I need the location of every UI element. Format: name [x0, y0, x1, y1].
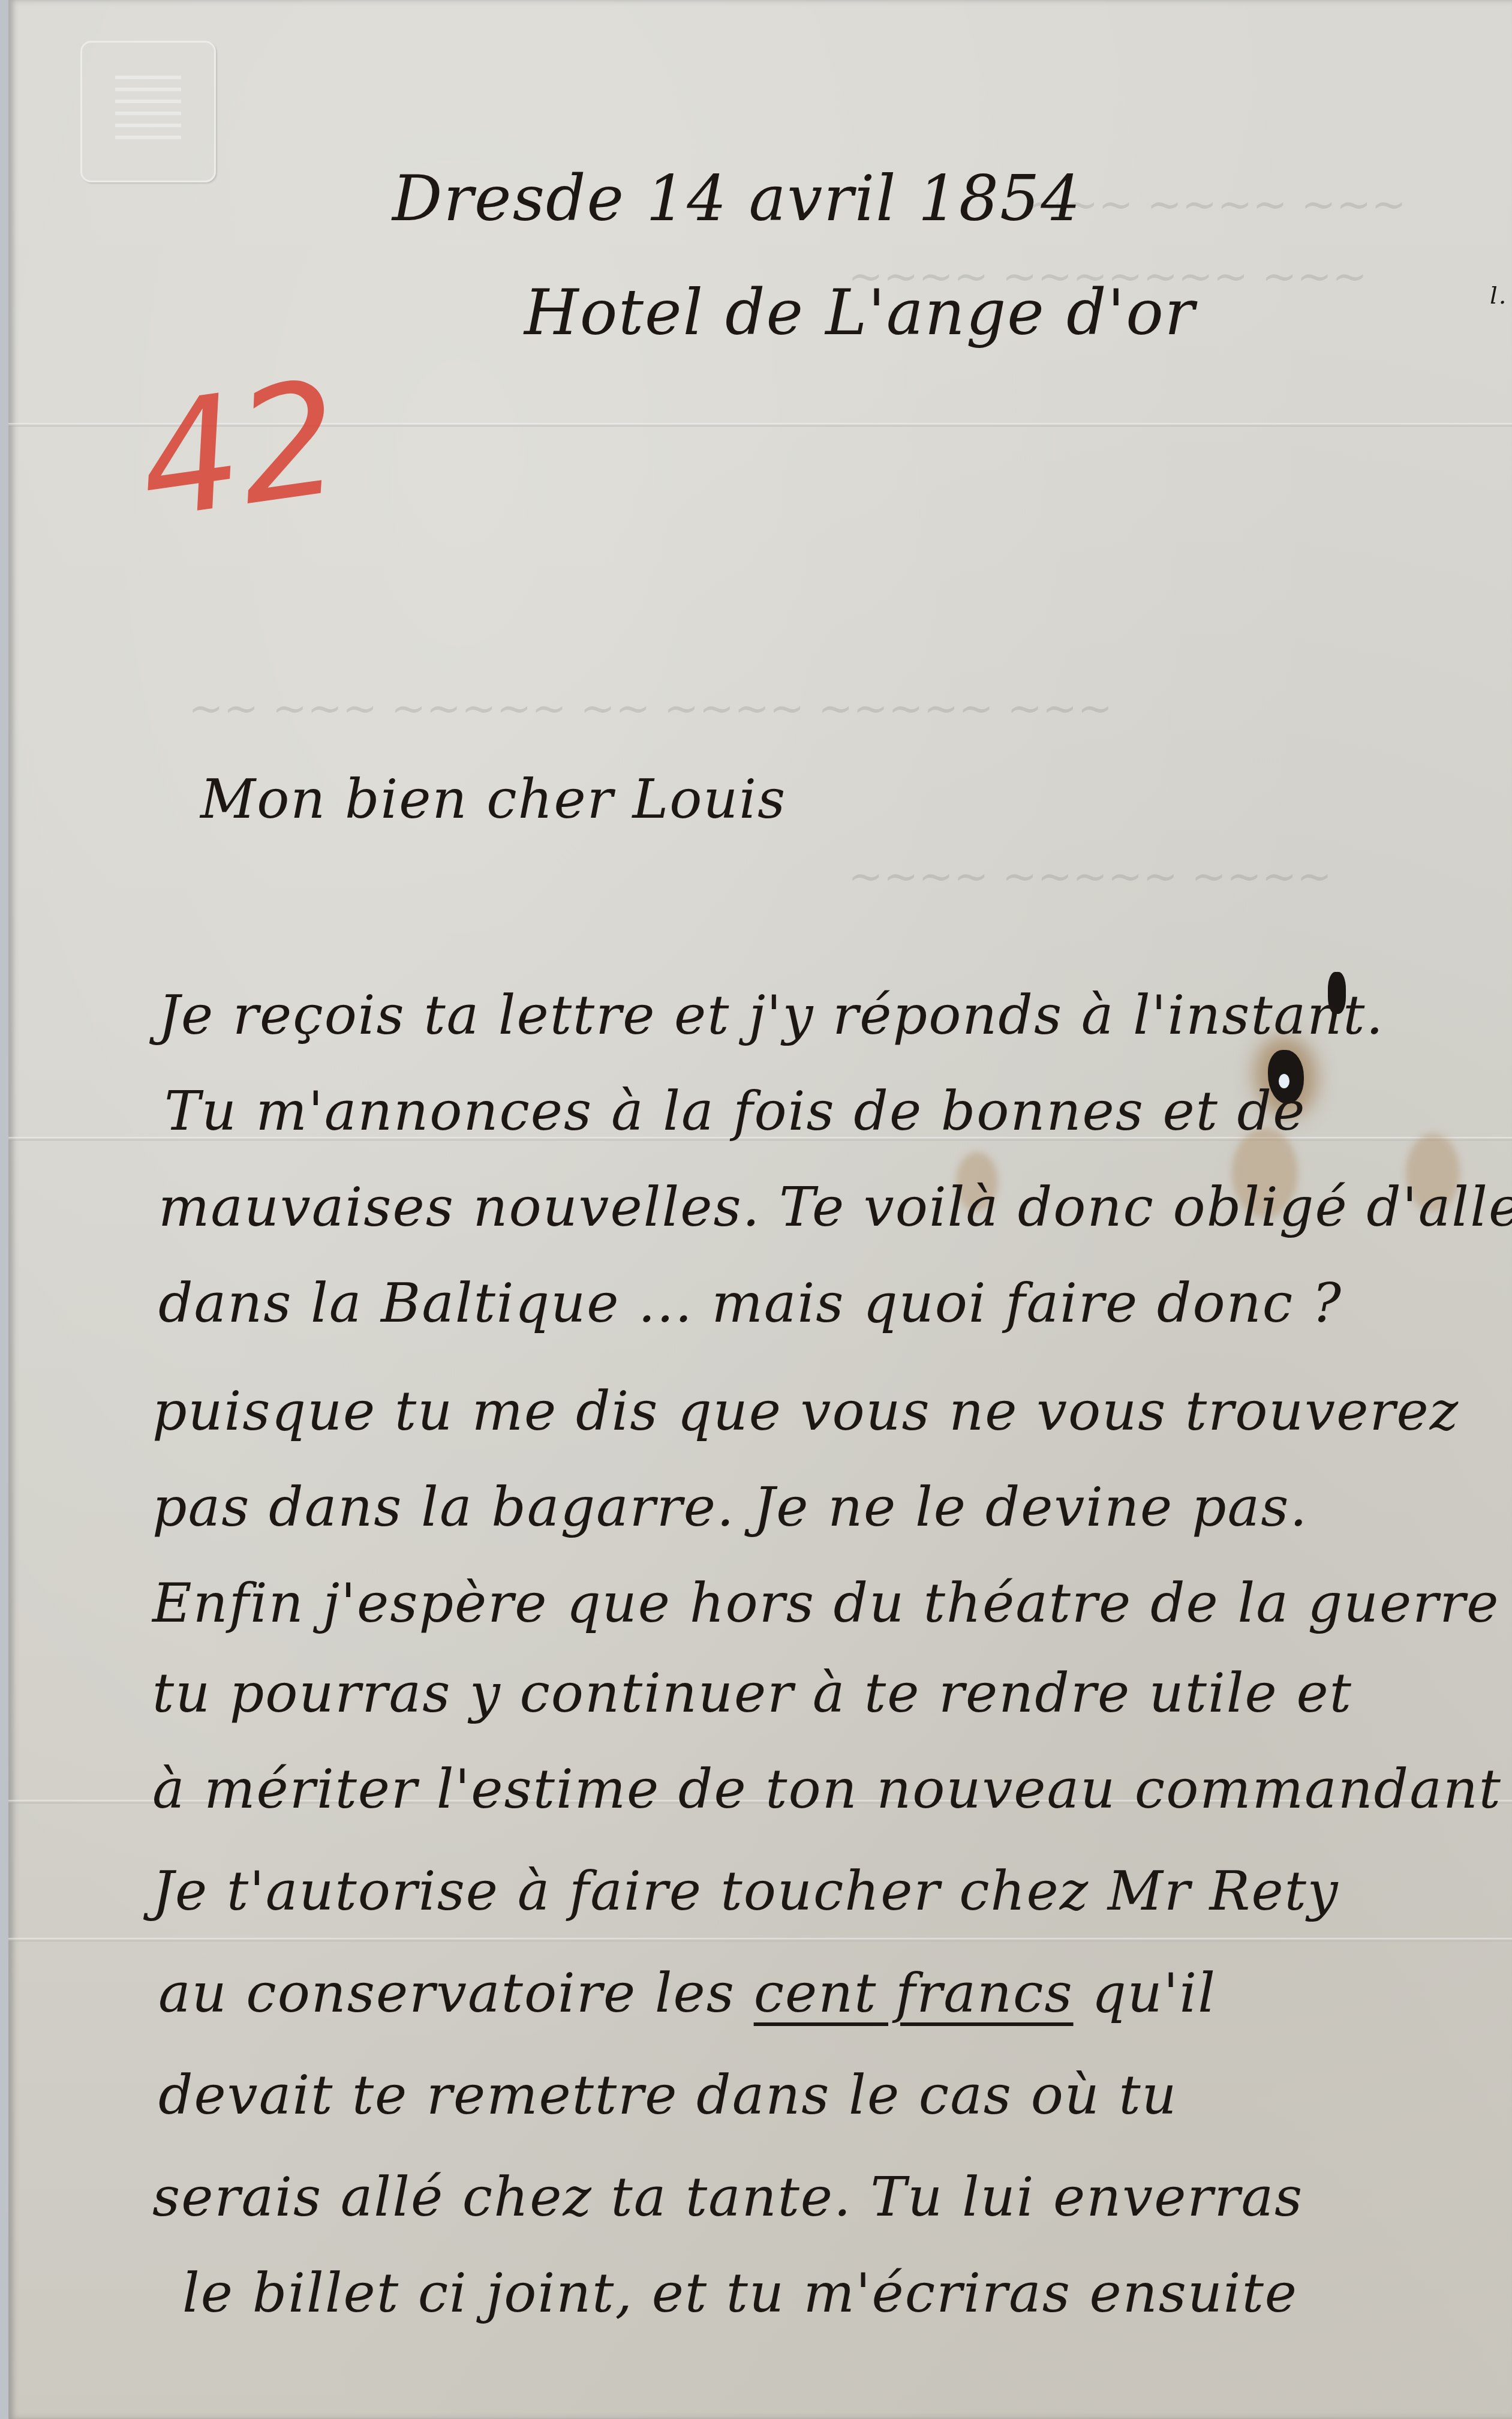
letter-place-date: Dresde 14 avril 1854	[392, 162, 1081, 235]
letter-line: pas dans la bagarre. Je ne le devine pas…	[152, 1476, 1308, 1539]
letter-line: le billet ci joint, et tu m'écriras ensu…	[182, 2262, 1298, 2325]
letter-line: Je t'autorise à faire toucher chez Mr Re…	[152, 1860, 1339, 1923]
letter-line: Tu m'annonces à la fois de bonnes et de	[164, 1080, 1306, 1143]
letter-salutation: Mon bien cher Louis	[200, 768, 786, 831]
letter-line: à mériter l'estime de ton nouveau comman…	[152, 1758, 1502, 1821]
letter-line: serais allé chez ta tante. Tu lui enverr…	[152, 2166, 1303, 2229]
embossed-stamp-icon	[80, 41, 216, 182]
letter-line: au conservatoire les cent francs qu'il	[158, 1962, 1216, 2025]
letter-line-text: au conservatoire les	[158, 1962, 754, 2025]
archive-number-annotation: 42	[129, 347, 351, 554]
paper-fold	[8, 1938, 1512, 1941]
letter-hotel-address: Hotel de L'ange d'or	[524, 276, 1195, 349]
letter-line: Je reçois ta lettre et j'y réponds à l'i…	[158, 984, 1384, 1047]
bleed-through-text: ~~ ~~~ ~~~~~ ~~ ~~~~ ~~~~~ ~~~	[188, 684, 1113, 733]
letter-line: devait te remettre dans le cas où tu	[158, 2064, 1178, 2127]
letter-line: Enfin j'espère que hors du théatre de la…	[152, 1572, 1500, 1635]
letter-line: tu pourras y continuer à te rendre utile…	[152, 1662, 1352, 1725]
letter-line-text: qu'il	[1074, 1962, 1217, 2025]
bleed-through-text: ~~~ ~~~~ ~~~	[1028, 180, 1406, 229]
letter-sheet: ~~~ ~~~~ ~~~ ~~~~ ~~~~~~~ ~~~ ~~ ~~~ ~~~…	[8, 0, 1512, 2419]
underlined-amount: cent francs	[754, 1962, 1074, 2025]
margin-mark: l.	[1490, 282, 1508, 310]
letter-line: puisque tu me dis que vous ne vous trouv…	[152, 1380, 1459, 1443]
bleed-through-text: ~~~~ ~~~~~ ~~~~	[848, 852, 1332, 901]
letter-line: mauvaises nouvelles. Te voilà donc oblig…	[158, 1176, 1512, 1239]
letter-line: dans la Baltique ... mais quoi faire don…	[158, 1272, 1342, 1335]
